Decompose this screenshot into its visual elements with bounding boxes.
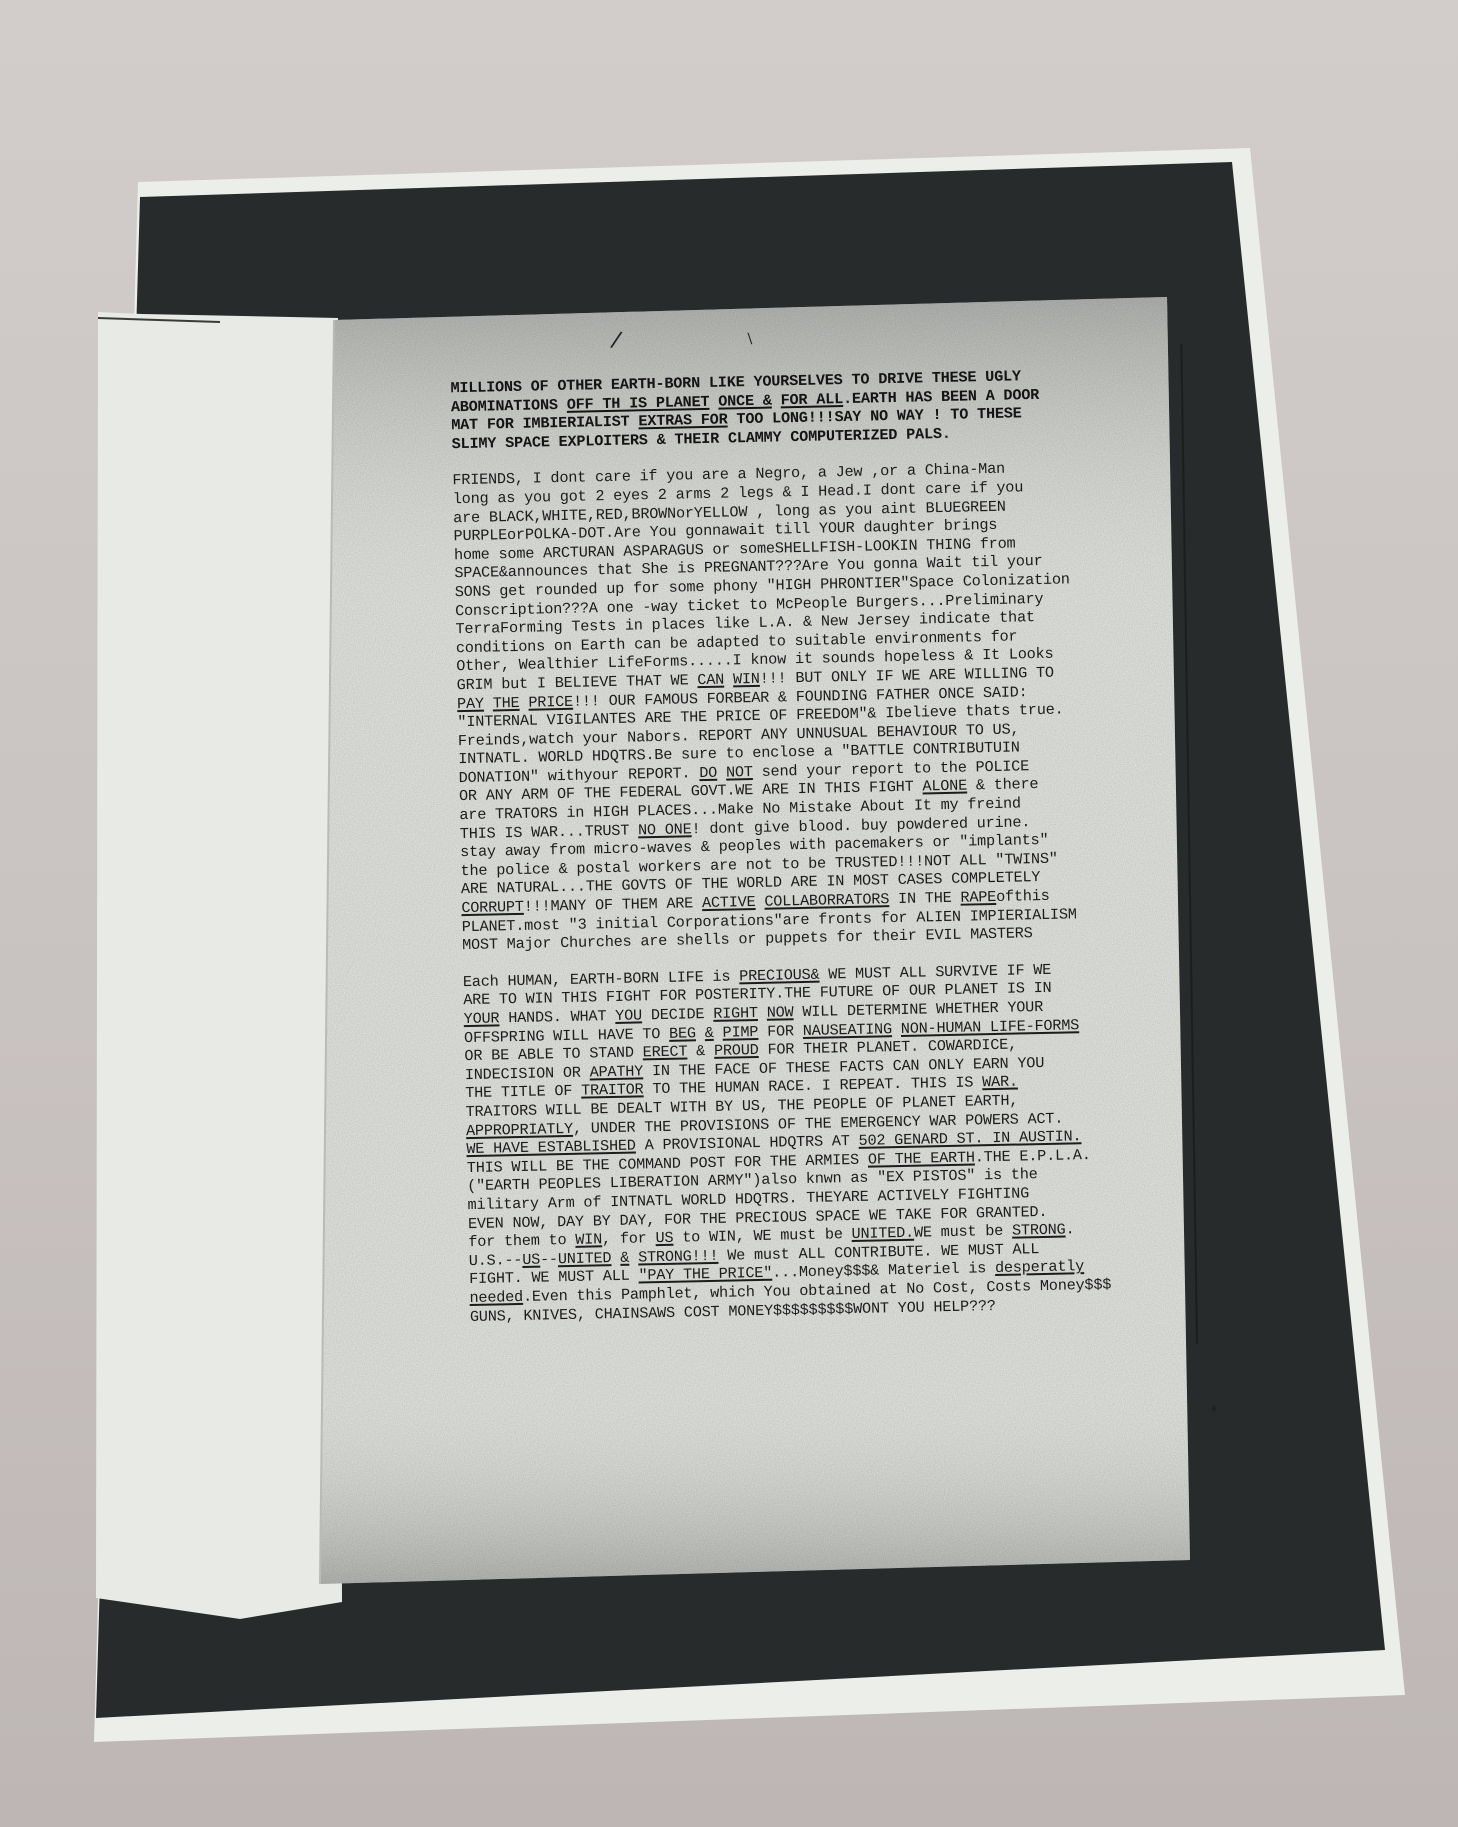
text-run bbox=[696, 1024, 705, 1042]
text-run: THE TITLE OF bbox=[465, 1082, 581, 1102]
pamphlet-page: / \ MILLIONS OF OTHER EARTH-BORN LIKE YO… bbox=[327, 286, 1184, 1583]
underlined-text: NAUSEATING bbox=[803, 1020, 892, 1040]
underlined-text: FOR ALL bbox=[780, 390, 843, 409]
underlined-text: PRECIOUS& bbox=[739, 965, 820, 985]
underlined-text: APPROPRIATLY bbox=[466, 1119, 573, 1139]
underlined-text: WIN bbox=[575, 1230, 602, 1249]
underlined-text: YOUR bbox=[464, 1009, 500, 1028]
pamphlet-body: MILLIONS OF OTHER EARTH-BORN LIKE YOURSE… bbox=[450, 364, 1190, 1326]
left-strip bbox=[96, 312, 342, 1619]
text-run: U.S.-- bbox=[469, 1251, 523, 1270]
text-run: HANDS. WHAT bbox=[499, 1007, 615, 1027]
underlined-text: desperatly bbox=[995, 1257, 1084, 1277]
underlined-text: UNITED. bbox=[851, 1224, 914, 1243]
underlined-text: COLLABORRATORS bbox=[764, 890, 889, 911]
paragraph-each-human: Each HUMAN, EARTH-BORN LIFE is PRECIOUS&… bbox=[463, 958, 1190, 1326]
underlined-text: DO bbox=[699, 764, 717, 782]
underlined-text: & bbox=[705, 1023, 714, 1041]
underlined-text: YOU bbox=[615, 1006, 642, 1025]
underlined-text: PIMP bbox=[722, 1023, 758, 1042]
underlined-text: STRONG bbox=[1012, 1221, 1066, 1240]
underlined-text: NOW bbox=[767, 1003, 794, 1022]
text-run bbox=[892, 1020, 901, 1038]
underlined-text: US bbox=[655, 1229, 673, 1247]
underlined-text: WIN bbox=[733, 670, 760, 689]
underlined-text: PROUD bbox=[714, 1041, 759, 1060]
underlined-text: NON-HUMAN LIFE-FORMS bbox=[901, 1016, 1080, 1038]
text-run bbox=[484, 694, 493, 712]
text-run: .THE E.P.L.A. bbox=[975, 1146, 1091, 1166]
stray-speck: \ bbox=[747, 331, 752, 347]
text-run: WE must be bbox=[914, 1222, 1012, 1242]
text-run bbox=[772, 391, 781, 409]
underlined-text: STRONG!!! bbox=[638, 1247, 719, 1267]
text-run: ABOMINATIONS bbox=[451, 395, 567, 415]
text-run: ofthis bbox=[996, 887, 1050, 906]
text-run: & bbox=[687, 1042, 714, 1061]
underlined-text: ERECT bbox=[643, 1043, 688, 1062]
underlined-text: OFF TH IS PLANET bbox=[567, 392, 710, 413]
text-run bbox=[713, 1023, 722, 1041]
underlined-text: ALONE bbox=[922, 777, 967, 796]
underlined-text: OF THE EARTH bbox=[868, 1148, 975, 1168]
underlined-text: US bbox=[522, 1250, 540, 1268]
text-run: . bbox=[1065, 1221, 1074, 1239]
stray-pen-mark: / bbox=[609, 327, 623, 353]
underlined-text: APATHY bbox=[589, 1062, 643, 1081]
underlined-text: ONCE & bbox=[718, 391, 772, 410]
underlined-text: CORRUPT bbox=[461, 898, 524, 917]
text-run: IN THE bbox=[889, 889, 961, 908]
paragraph-friends: FRIENDS, I dont care if you are a Negro,… bbox=[452, 457, 1182, 955]
underlined-text: CAN bbox=[697, 670, 724, 689]
underlined-text: RIGHT bbox=[713, 1004, 758, 1023]
text-run: DECIDE bbox=[642, 1005, 714, 1024]
underlined-text: UNITED bbox=[558, 1249, 612, 1268]
underlined-text: THE bbox=[493, 693, 520, 712]
ink-dot bbox=[1212, 1405, 1216, 1411]
text-run: FOR bbox=[758, 1022, 803, 1041]
underlined-text: WAR. bbox=[982, 1073, 1018, 1092]
text-run: -- bbox=[540, 1250, 558, 1268]
underlined-text: "PAY THE PRICE" bbox=[638, 1264, 772, 1285]
underlined-text: EXTRAS FOR bbox=[638, 411, 727, 431]
text-run: , for bbox=[602, 1229, 656, 1248]
underlined-text: needed bbox=[469, 1288, 523, 1307]
underlined-text: NOT bbox=[726, 763, 753, 782]
text-run: for them to bbox=[468, 1231, 575, 1251]
underlined-text: ACTIVE bbox=[702, 893, 756, 912]
text-run bbox=[611, 1249, 620, 1267]
underlined-text: RAPE bbox=[960, 888, 996, 907]
underlined-text: NO ONE bbox=[638, 820, 692, 839]
paragraph-opening: MILLIONS OF OTHER EARTH-BORN LIKE YOURSE… bbox=[450, 364, 1171, 453]
underlined-text: TRAITOR bbox=[581, 1081, 644, 1100]
text-run: INDECISION OR bbox=[465, 1063, 590, 1084]
underlined-text: PAY bbox=[457, 694, 484, 713]
text-run: & there bbox=[967, 776, 1039, 795]
underlined-text: BEG bbox=[669, 1024, 696, 1043]
underlined-text: PRICE bbox=[528, 692, 573, 711]
